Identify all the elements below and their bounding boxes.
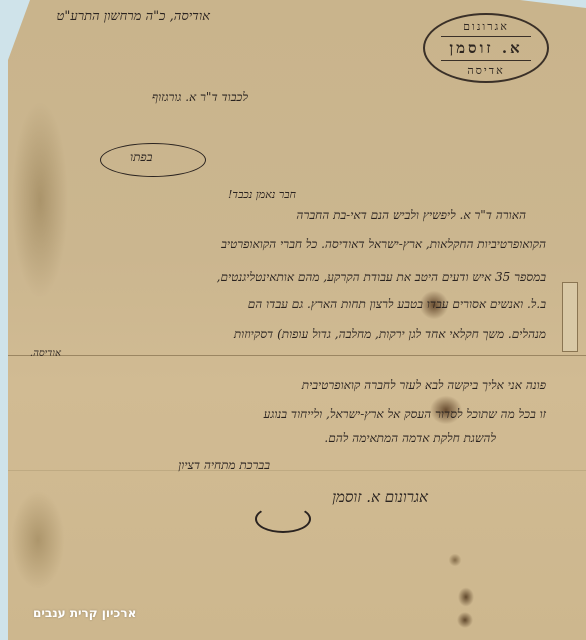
- body-line: מנהלים. משך חקלאי אחד לגן ירקות, מחלבה, …: [234, 327, 546, 342]
- subject-box: [100, 143, 206, 177]
- body-line: במספר 35 איש ודעים היטב את עבודת הקרקע, …: [217, 270, 546, 285]
- body-line: האורה ד"ר א. ליפשיץ ולביש הנם דאי-בת החב…: [296, 208, 526, 223]
- fold-line: [8, 470, 586, 471]
- subject-text: בפתו: [130, 150, 152, 165]
- body-line: להשגת חלקת אדמה המתאימה להם.: [324, 431, 496, 446]
- rubber-stamp: אגרונום א. זוסמן אדיסה: [423, 13, 549, 83]
- closing: בברכת מתחיה דציון: [125, 458, 270, 473]
- body-line: ב.ל. ואנשים אסורים עבדו בטבע לרצון תחות …: [248, 297, 546, 312]
- document-page: [0, 0, 586, 640]
- signature-flourish: [255, 505, 311, 533]
- signature: אגרונום א. זוסמן: [268, 488, 428, 507]
- salutation: חבר נאמן נכבד!: [228, 188, 296, 201]
- dateline: אודיסה, כ"ה מרחשון התרע"ט: [40, 8, 210, 24]
- torn-edge: [562, 282, 578, 352]
- body-line: פונה אני אליך ביקשה לבא לעזר לחברה קואופ…: [302, 378, 546, 393]
- body-line: זו בכל מה שתוכל לסדור העסק אל ארץ-ישראל,…: [264, 407, 546, 422]
- addressee: לכבוד ד"ר א. גורגזוף: [98, 90, 248, 105]
- stamp-bottom: אדיסה: [467, 64, 504, 77]
- stamp-name: א. זוסמן: [441, 36, 530, 61]
- fold-line: [8, 355, 586, 356]
- body-line: הקואופרטיביות החקלאות, ארץ-ישראל דאודיסה…: [221, 237, 546, 252]
- archive-watermark: ארכיון קרית ענבים: [33, 606, 136, 620]
- stamp-top: אגרונום: [463, 20, 509, 33]
- body-line: אודיסה.: [30, 348, 61, 359]
